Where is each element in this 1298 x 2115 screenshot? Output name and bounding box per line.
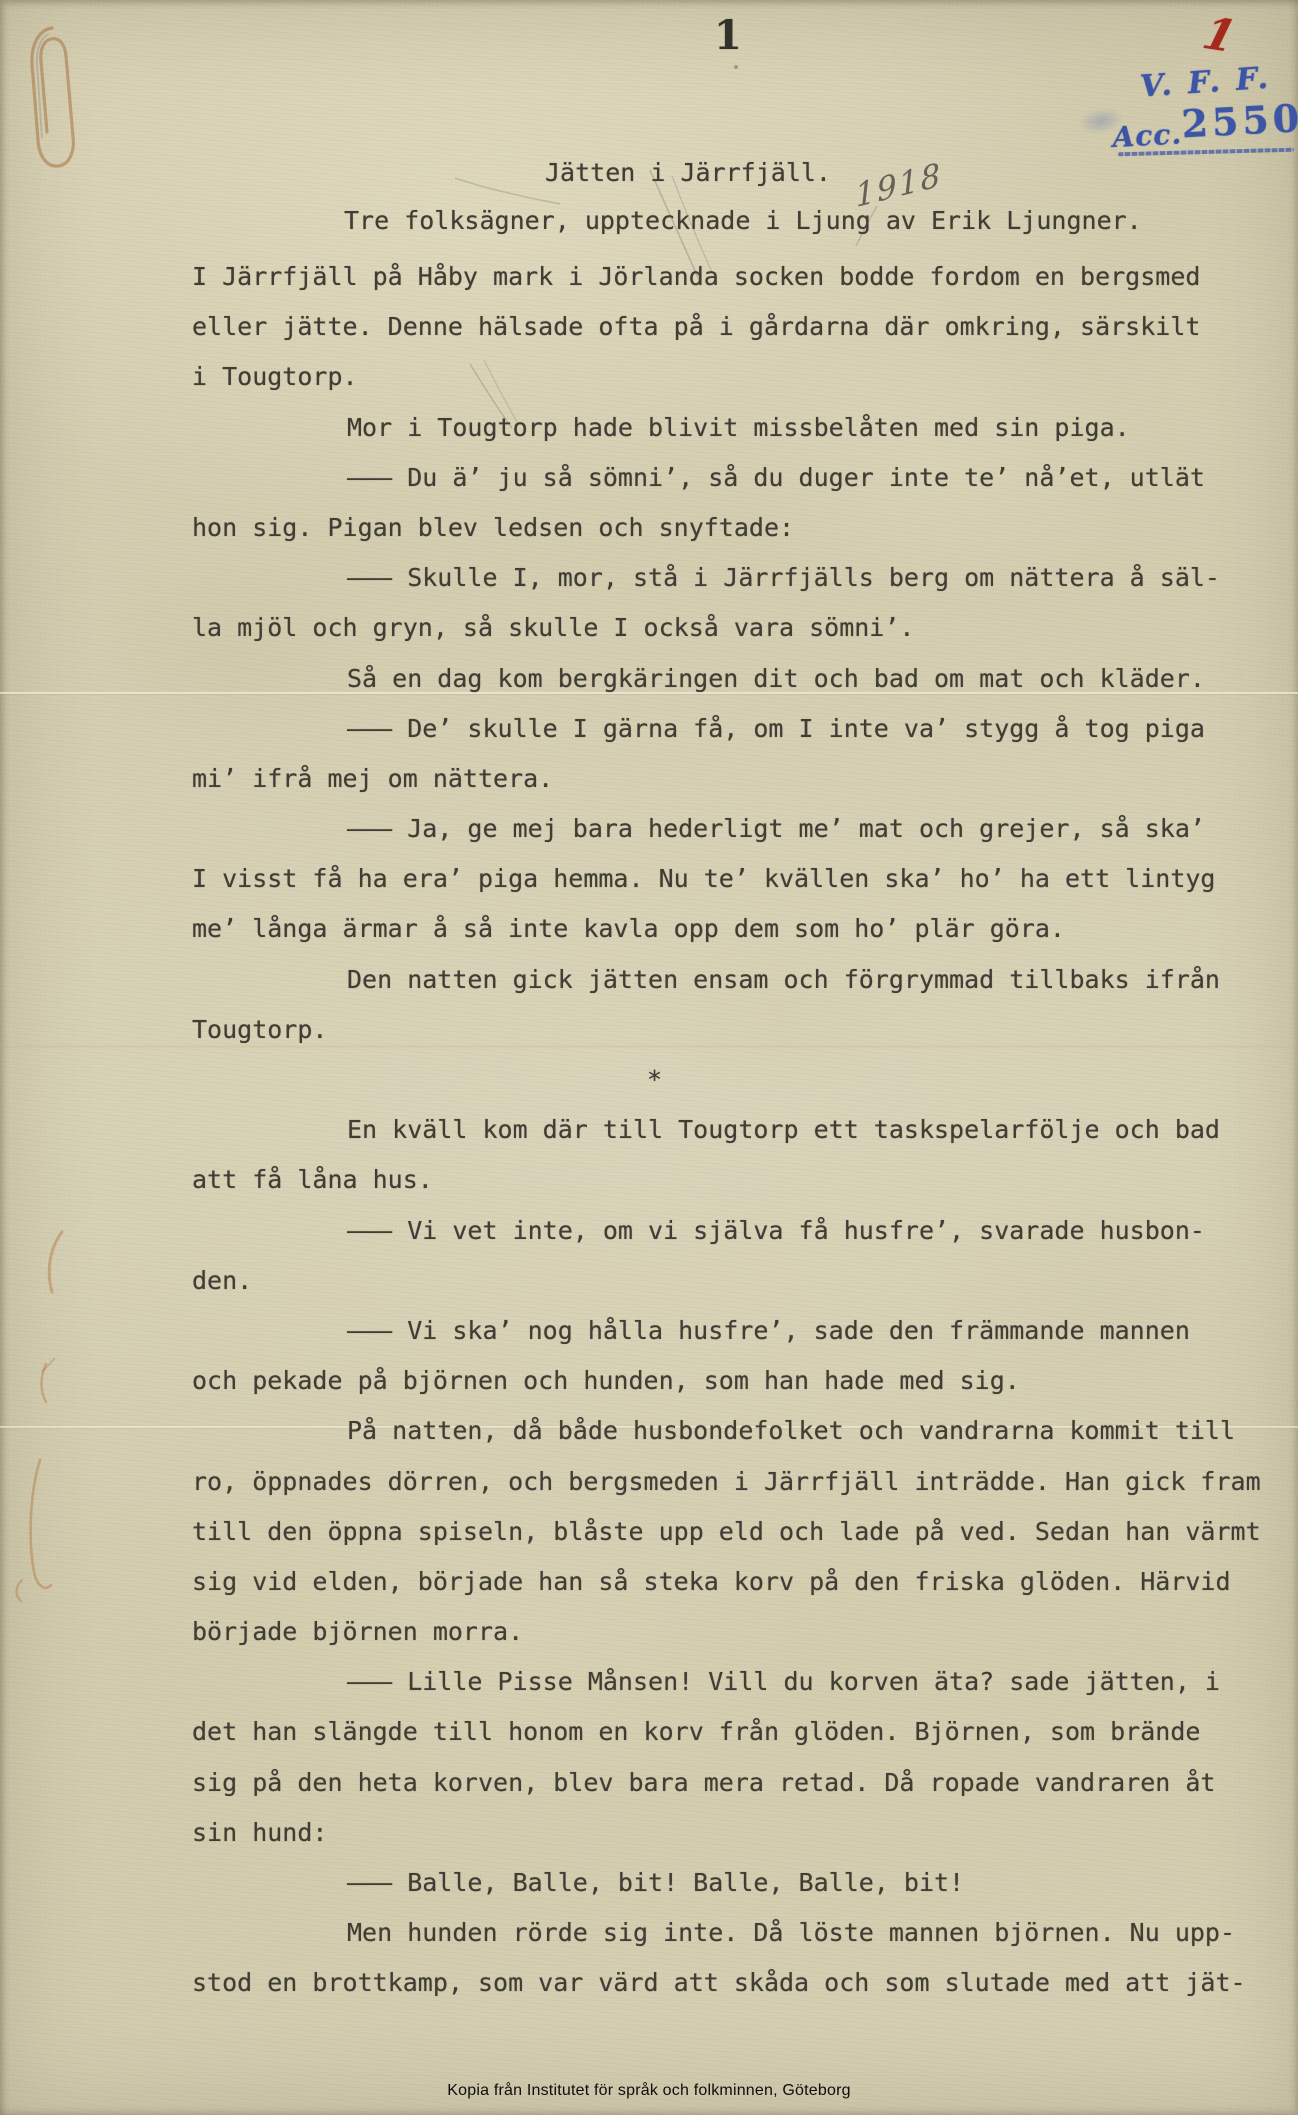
typed-line: *	[192, 1055, 1282, 1105]
handwritten-page-number: 1	[1198, 12, 1240, 60]
typed-line: mi’ ifrå mej om nättera.	[192, 754, 1282, 804]
typed-line: till den öppna spiseln, blåste upp eld o…	[192, 1507, 1282, 1557]
typed-line: På natten, då både husbondefolket och va…	[192, 1406, 1282, 1456]
typed-line: det han slängde till honom en korv från …	[192, 1707, 1282, 1757]
typed-line: eller jätte. Denne hälsade ofta på i går…	[192, 302, 1282, 352]
typed-line: att få låna hus.	[192, 1155, 1282, 1205]
typed-line: och pekade på björnen och hunden, som ha…	[192, 1356, 1282, 1406]
accession-label: Acc.	[1112, 117, 1183, 154]
body-lines: I Järrfjäll på Håby mark i Jörlanda sock…	[192, 252, 1282, 2009]
typed-line: ——— Skulle I, mor, stå i Järrfjälls berg…	[192, 553, 1282, 603]
paperclip-mark	[32, 28, 73, 166]
typed-line: ——— Balle, Balle, bit! Balle, Balle, bit…	[192, 1858, 1282, 1908]
document-subtitle: Tre folksägner, upptecknade i Ljung av E…	[344, 206, 1142, 236]
typed-line: I visst få ha era’ piga hemma. Nu te’ kv…	[192, 854, 1282, 904]
document-title: Jätten i Järrfjäll.	[545, 158, 831, 188]
typed-line: ——— Lille Pisse Månsen! Vill du korven ä…	[192, 1657, 1282, 1707]
archive-copy-footer: Kopia från Institutet för språk och folk…	[0, 2082, 1298, 2100]
typed-line: ro, öppnades dörren, och bergsmeden i Jä…	[192, 1457, 1282, 1507]
typed-line: sig vid elden, började han så steka korv…	[192, 1557, 1282, 1607]
scanned-document-page: 1 1 V. F. F. Acc.2550 Jätten i Järrfjäll…	[0, 0, 1298, 2115]
typed-line: ——— De’ skulle I gärna få, om I inte va’…	[192, 704, 1282, 754]
typed-line: ——— Ja, ge mej bara hederligt me’ mat oc…	[192, 804, 1282, 854]
typed-line: ——— Vi vet inte, om vi själva få husfre’…	[192, 1206, 1282, 1256]
typed-line: hon sig. Pigan blev ledsen och snyftade:	[192, 503, 1282, 553]
accession-number: 2550	[1180, 95, 1298, 146]
typed-line: i Tougtorp.	[192, 352, 1282, 402]
typed-line: sig på den heta korven, blev bara mera r…	[192, 1758, 1282, 1808]
typed-page-number: 1	[714, 16, 742, 56]
typed-line: stod en brottkamp, som var värd att skåd…	[192, 1958, 1282, 2008]
typed-line: sin hund:	[192, 1808, 1282, 1858]
typed-line: En kväll kom där till Tougtorp ett tasks…	[192, 1105, 1282, 1155]
typed-line: ——— Du ä’ ju så sömni’, så du duger inte…	[192, 453, 1282, 503]
rust-marks	[17, 1232, 62, 1601]
typed-line: ——— Vi ska’ nog hålla husfre’, sade den …	[192, 1306, 1282, 1356]
typed-line: I Järrfjäll på Håby mark i Jörlanda sock…	[192, 252, 1282, 302]
typed-line: Den natten gick jätten ensam och förgrym…	[192, 955, 1282, 1005]
archive-stamp-accession: Acc.2550	[1111, 95, 1298, 154]
typed-line: började björnen morra.	[192, 1607, 1282, 1657]
typed-line: Så en dag kom bergkäringen dit och bad o…	[192, 654, 1282, 704]
typed-line: me’ långa ärmar å så inte kavla opp dem …	[192, 904, 1282, 954]
typed-line: la mjöl och gryn, så skulle I också vara…	[192, 603, 1282, 653]
typed-line: Mor i Tougtorp hade blivit missbelåten m…	[192, 403, 1282, 453]
typed-line: den.	[192, 1256, 1282, 1306]
typed-line: Tougtorp.	[192, 1005, 1282, 1055]
typed-line: Men hunden rörde sig inte. Då löste mann…	[192, 1908, 1282, 1958]
